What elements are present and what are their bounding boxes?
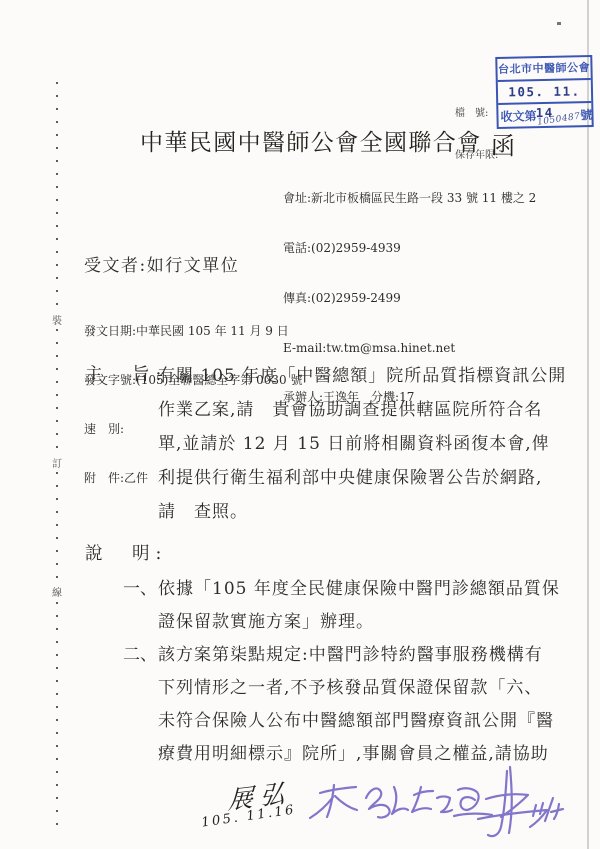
issue-date-label: 發文日期: (84, 324, 136, 338)
recipient-value: 如行文單位 (147, 256, 240, 276)
scan-speck (557, 22, 561, 25)
explanation-label: 說 明: (85, 540, 167, 565)
binding-char-xian: 線 (51, 588, 63, 600)
contact-phone: 電話:(02)2959-4939 (283, 240, 536, 257)
explanation-line: 證保留款實施方案」辦理。 (158, 607, 374, 632)
signature-stroke (412, 787, 452, 812)
item-number-1: 一、 (123, 574, 157, 599)
signature-stroke (366, 787, 408, 818)
stamp-date: 105. 11. 14 (498, 81, 591, 103)
subject-label: 主 旨: (85, 361, 167, 386)
subject-line: 有關 105 年度「中醫總額」院所品質指標資訊公開 (158, 361, 566, 386)
issue-date-row: 發文日期:中華民國 105 年 11 月 9 日 (84, 323, 302, 339)
stamp-received-prefix: 收文第 (500, 107, 536, 125)
item-number-2: 二、 (123, 640, 157, 665)
scan-edge-line (587, 0, 589, 849)
explanation-line: 未符合保險人公布中醫總額部門醫療資訊公開『醫 (158, 706, 554, 731)
explanation-line: 該方案第柒點規定:中醫門診特約醫事服務機構有 (158, 640, 543, 665)
binding-char-ding: 訂 (51, 459, 63, 471)
issue-date-value: 中華民國 105 年 11 月 9 日 (136, 324, 289, 338)
subject-line: 利提供行衛生福利部中央健康保險署公告於網路, (158, 463, 542, 488)
contact-email: E-mail:tw.tm@msa.hinet.net (283, 340, 536, 357)
binding-dotted-line: 裝 訂 線 (56, 82, 58, 832)
explanation-line: 療費用明細標示』院所」,事關會員之權益,請協助 (158, 739, 549, 764)
contact-fax: 傳真:(02)2959-2499 (283, 290, 536, 307)
file-number-label: 檔 號: (455, 107, 498, 121)
contact-address: 會址:新北市板橋區民生路一段 33 號 11 樓之 2 (283, 190, 536, 207)
signature-stroke (478, 767, 547, 833)
explanation-line: 依據「105 年度全民健康保險中醫門診總額品質保 (158, 574, 560, 599)
priority-label: 速 別: (84, 422, 124, 436)
stamp-org-name: 台北市中醫師公會 (497, 57, 590, 82)
subject-line: 作業乙案,請 貴會協助調查提供轄區院所符合名 (158, 395, 542, 420)
signature-stroke (486, 771, 528, 836)
handwritten-signature-purple (300, 763, 575, 845)
subject-line: 單,並請於 12 月 15 日前將相關資料函復本會,俾 (158, 429, 550, 454)
signature-stroke (310, 785, 357, 818)
explanation-line: 下列情形之一者,不予核發品質保證保留款「六、 (158, 673, 542, 698)
subject-line: 請 查照。 (158, 497, 248, 522)
receipt-stamp: 台北市中醫師公會 105. 11. 14 收文第 1050487 號 (495, 55, 593, 129)
stamp-received-suffix: 號 (580, 106, 592, 123)
signature-stroke (533, 798, 563, 821)
scanned-official-letter: 裝 訂 線 檔 號: 保存年限: 台北市中醫師公會 105. 11. 14 收文… (0, 0, 600, 849)
doc-type-letter: 函 (491, 126, 515, 161)
recipient-label: 受文者: (84, 256, 147, 276)
org-title: 中華民國中醫師公會全國聯合會 (140, 124, 482, 157)
signature-stroke (454, 788, 492, 816)
binding-char-zhuang: 裝 (51, 316, 63, 328)
attachment-label: 附 件: (84, 471, 124, 485)
recipient-line: 受文者:如行文單位 (84, 251, 239, 276)
attachment-value: 乙件 (124, 471, 148, 485)
